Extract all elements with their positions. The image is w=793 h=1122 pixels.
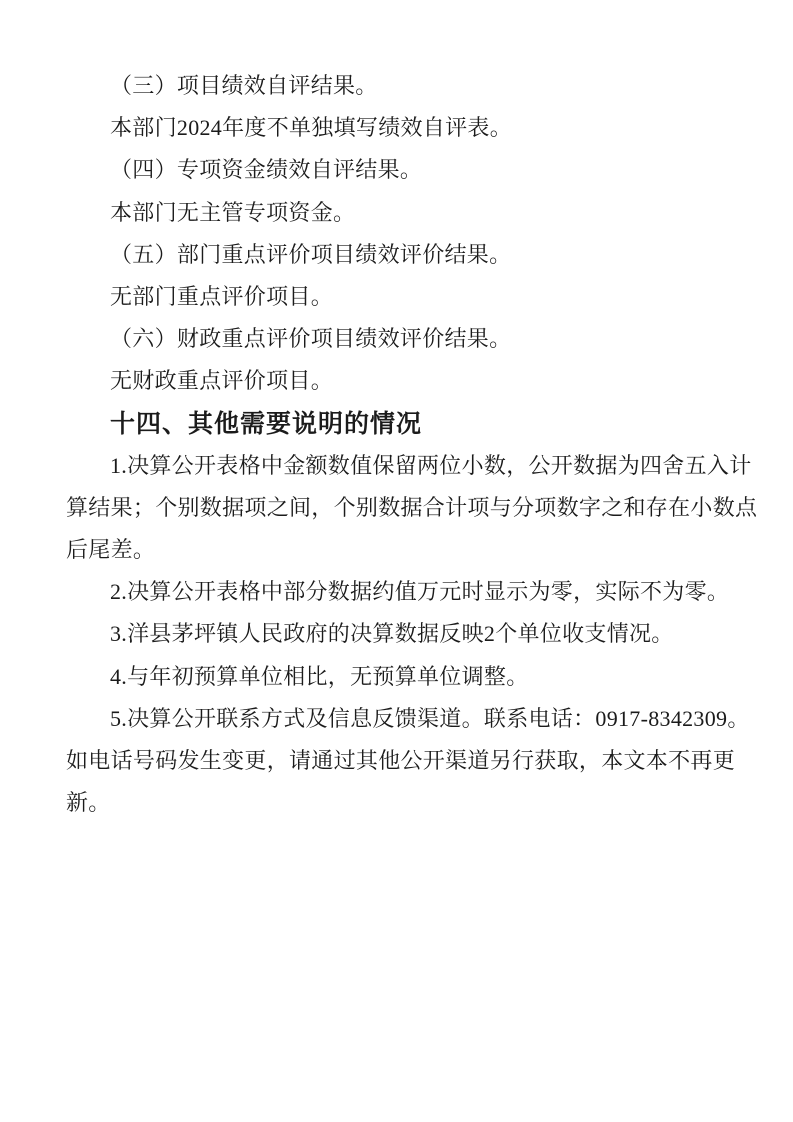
document-body: （三）项目绩效自评结果。 本部门2024年度不单独填写绩效自评表。 （四）专项资…	[66, 65, 778, 824]
doc-line: 算结果；个别数据项之间，个别数据合计项与分项数字之和存在小数点	[66, 487, 778, 529]
document-page: （三）项目绩效自评结果。 本部门2024年度不单独填写绩效自评表。 （四）专项资…	[0, 0, 793, 1122]
doc-line: 4.与年初预算单位相比，无预算单位调整。	[66, 656, 778, 698]
doc-line: 新。	[66, 782, 778, 824]
doc-line: （六）财政重点评价项目绩效评价结果。	[66, 318, 778, 360]
doc-line: 3.洋县茅坪镇人民政府的决算数据反映2个单位收支情况。	[66, 613, 778, 655]
section-heading: 十四、其他需要说明的情况	[66, 403, 778, 445]
doc-line: 2.决算公开表格中部分数据约值万元时显示为零，实际不为零。	[66, 571, 778, 613]
doc-line: （五）部门重点评价项目绩效评价结果。	[66, 234, 778, 276]
doc-line: 后尾差。	[66, 529, 778, 571]
doc-line: 无财政重点评价项目。	[66, 360, 778, 402]
doc-line: 无部门重点评价项目。	[66, 276, 778, 318]
doc-line: 1.决算公开表格中金额数值保留两位小数，公开数据为四舍五入计	[66, 445, 778, 487]
doc-line: 本部门2024年度不单独填写绩效自评表。	[66, 107, 778, 149]
doc-line: 5.决算公开联系方式及信息反馈渠道。联系电话：0917-8342309。	[66, 698, 778, 740]
doc-line: 如电话号码发生变更，请通过其他公开渠道另行获取，本文本不再更	[66, 740, 778, 782]
doc-line: （四）专项资金绩效自评结果。	[66, 149, 778, 191]
doc-line: 本部门无主管专项资金。	[66, 192, 778, 234]
doc-line: （三）项目绩效自评结果。	[66, 65, 778, 107]
